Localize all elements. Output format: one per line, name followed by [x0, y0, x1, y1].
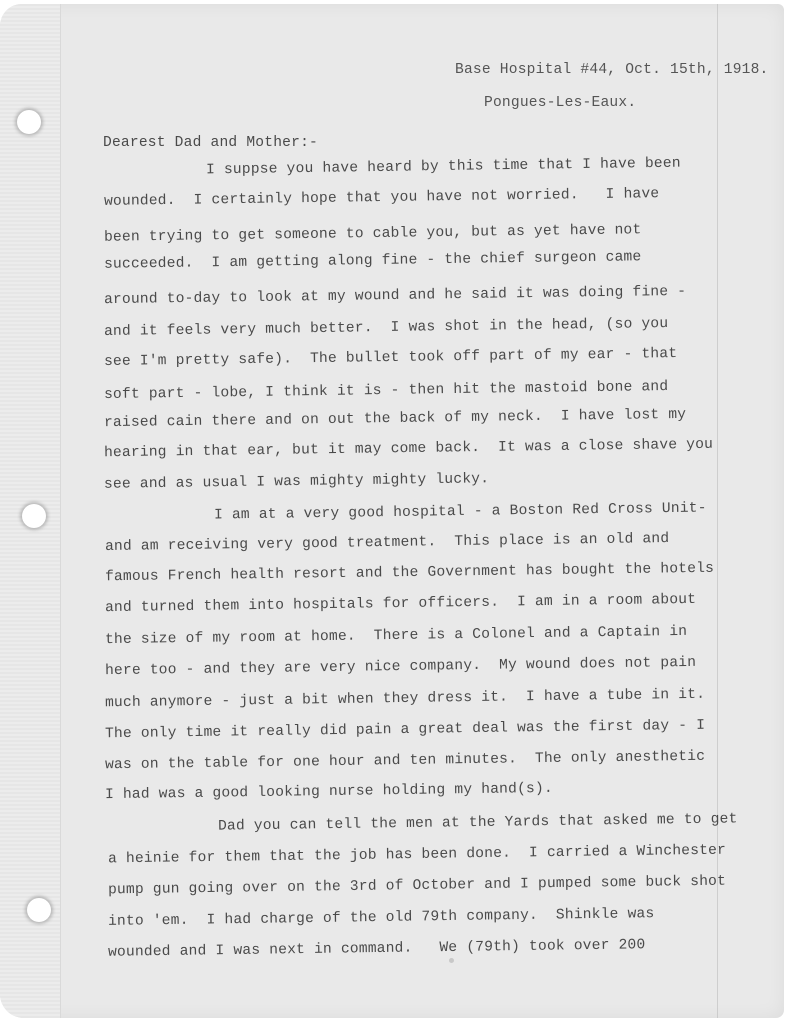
letter-header-place-date: Base Hospital #44, Oct. 15th, 1918.: [455, 62, 769, 78]
punch-hole-bottom: [27, 898, 51, 922]
letter-salutation: Dearest Dad and Mother:-: [103, 135, 318, 151]
punch-hole-top: [17, 110, 41, 134]
paper-fold-line: [717, 4, 718, 1018]
punch-hole-middle: [22, 504, 46, 528]
paper-speck: [449, 958, 454, 963]
letter-header-location: Pongues-Les-Eaux.: [484, 95, 636, 111]
